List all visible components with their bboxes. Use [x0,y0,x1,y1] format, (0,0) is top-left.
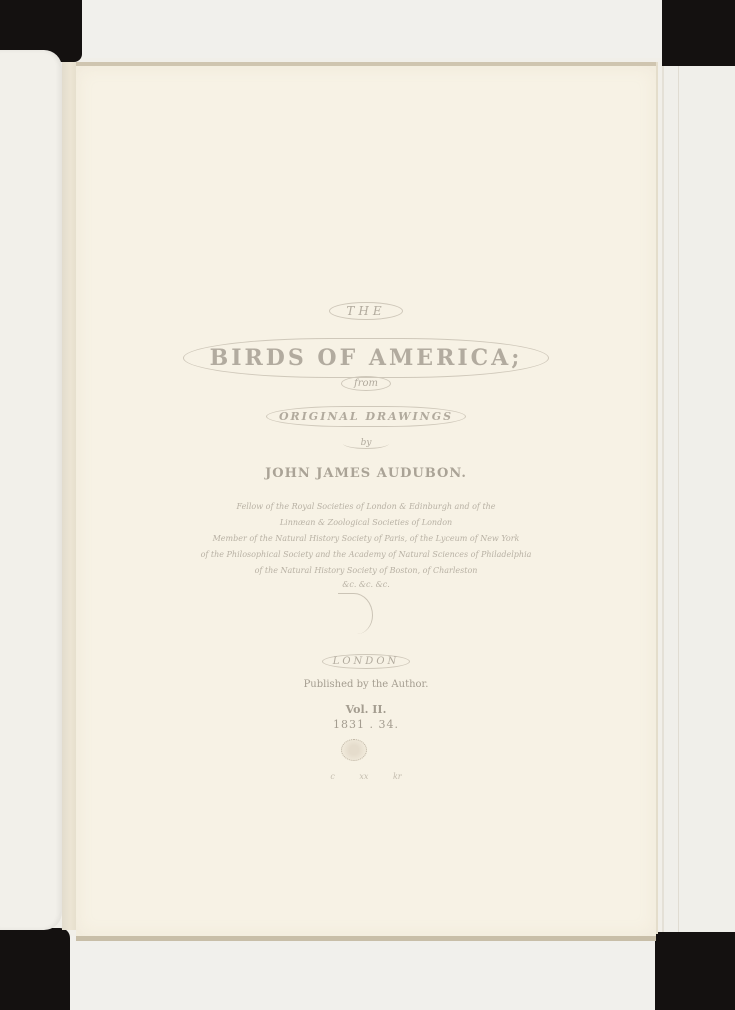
facing-left-page [0,50,62,930]
flourish: by [343,438,390,449]
title-by: by [76,438,656,449]
plate-edge [656,62,658,934]
credential-line: of the Natural History Society of Boston… [76,566,656,575]
cartouche: BIRDS OF AMERICA; [183,338,550,378]
flourish-ornament [338,593,373,634]
credential-line: &c. &c. &c. [76,580,656,589]
dark-background-top-right [662,0,735,66]
dark-background-bottom-left [0,928,70,1010]
title-the: THE [76,302,656,320]
publication-years: 1831 . 34. [76,718,656,731]
credential-line: of the Philosophical Society and the Aca… [76,550,656,559]
mount-board-top [82,0,662,58]
author-name: JOHN JAMES AUDUBON. [76,466,656,481]
credential-line: Fellow of the Royal Societies of London … [76,502,656,511]
mount-edge-line [678,66,679,932]
title-page-plate: THE BIRDS OF AMERICA; from ORIGINAL DRAW… [76,62,656,941]
credential-line: Member of the Natural History Society of… [76,534,656,543]
mount-board-right [662,66,735,932]
mount-board-bottom [70,936,655,1010]
dark-background-bottom-right [655,932,735,1010]
cartouche: ORIGINAL DRAWINGS [266,406,466,427]
title-from: from [76,376,656,391]
volume-number: Vol. II. [76,703,656,716]
credential-line: Linnæan & Zoological Societies of London [76,518,656,527]
library-stamp-icon [341,739,367,761]
cartouche: THE [329,302,402,320]
cartouche: LONDON [322,654,411,669]
publisher-line: Published by the Author. [76,679,656,690]
title-original-drawings: ORIGINAL DRAWINGS [76,406,656,427]
page-gutter [62,62,76,930]
main-title: BIRDS OF AMERICA; [76,338,656,378]
place-of-publication: LONDON [76,654,656,669]
pencil-marks: c xx kr [76,772,656,781]
title-block: THE BIRDS OF AMERICA; from ORIGINAL DRAW… [76,66,656,936]
cartouche: from [341,376,391,391]
